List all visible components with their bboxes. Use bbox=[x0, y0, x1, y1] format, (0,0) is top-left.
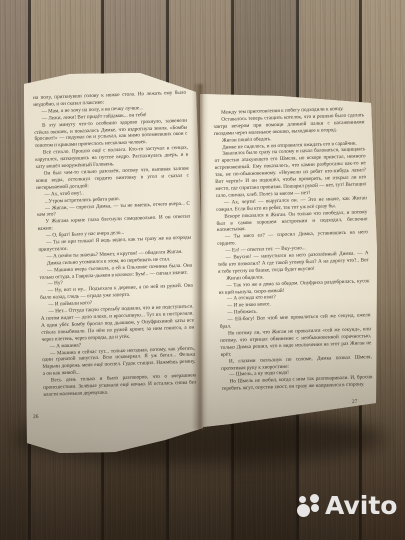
left-page-text: на полу, приткнувши голову к ножке стола… bbox=[33, 90, 197, 417]
avito-wordmark: Avito bbox=[325, 491, 397, 520]
avito-logo-dot bbox=[310, 494, 319, 503]
avito-logo-dot bbox=[297, 504, 310, 517]
avito-logo-dot bbox=[299, 496, 306, 503]
open-book: на полу, приткнувши голову к ножке стола… bbox=[0, 0, 405, 540]
left-page-number: 26 bbox=[33, 414, 39, 420]
right-page-text: Между тем приготовления к побегу подходи… bbox=[213, 105, 373, 402]
product-photo: на полу, приткнувши голову к ножке стола… bbox=[0, 0, 405, 540]
right-page-number: 27 bbox=[352, 399, 358, 405]
avito-logo-icon bbox=[297, 491, 322, 520]
avito-logo-dot bbox=[311, 504, 319, 512]
avito-watermark: Avito bbox=[297, 491, 397, 520]
